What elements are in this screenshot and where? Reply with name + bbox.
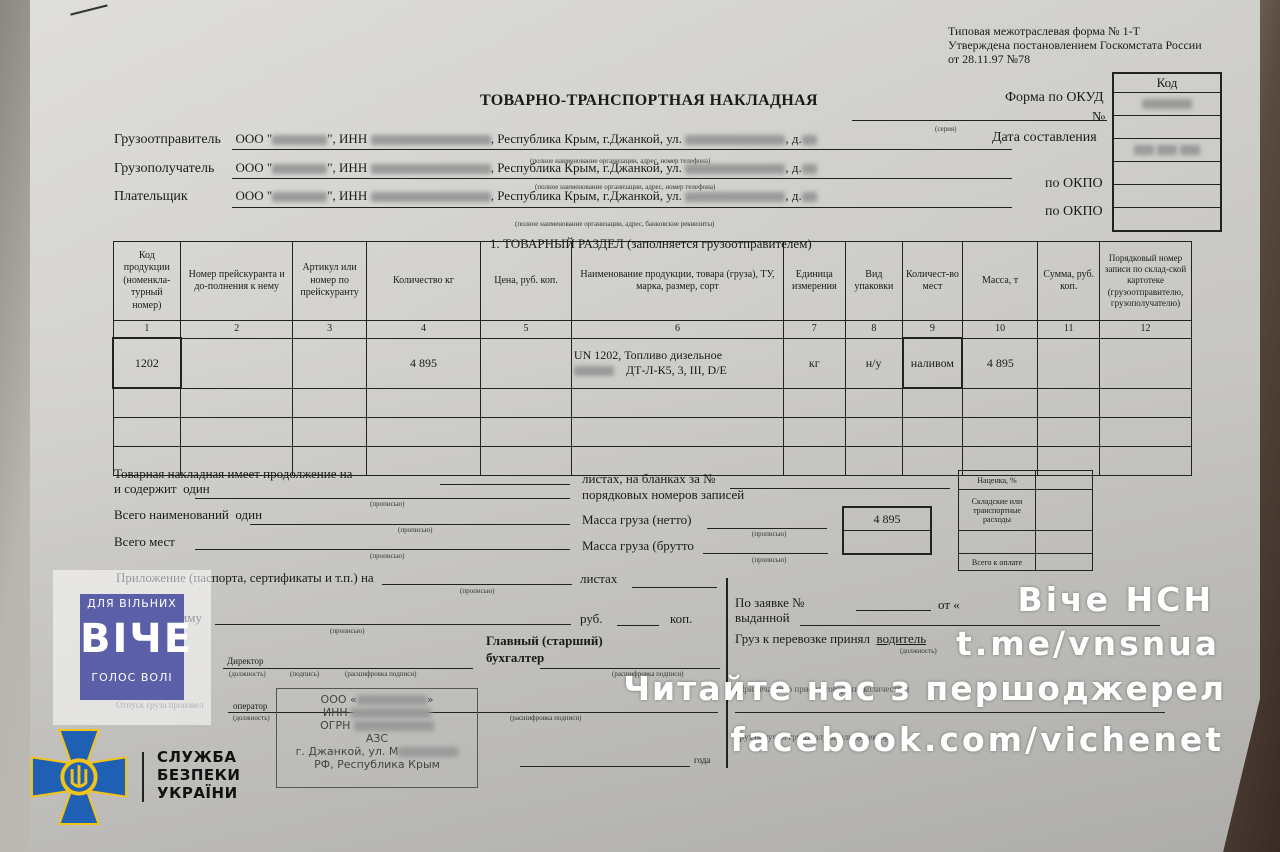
col-product-code: Код продукции (номенкла-турный номер) — [113, 242, 181, 321]
col-product-name: Наименование продукции, товара (груза), … — [571, 242, 783, 321]
shipper-label: Грузоотправитель — [114, 132, 232, 148]
viche-logo: ДЛЯ ВІЛЬНИХ ВІЧЕ ГОЛОС ВОЛІ — [80, 594, 184, 700]
shipper-inn: ", ИНН — [327, 131, 367, 146]
gross-mass-value — [844, 530, 930, 553]
sbu-name: СЛУЖБА БЕЗПЕКИ УКРАЇНИ — [157, 748, 240, 802]
sbu-line: БЕЗПЕКИ — [157, 766, 240, 784]
viche-logo-bottom: ГОЛОС ВОЛІ — [80, 671, 184, 684]
code-box: Код — [1112, 72, 1222, 232]
consignee-inn: ", ИНН — [327, 160, 367, 175]
col-mass: Масса, т — [962, 242, 1038, 321]
col-num: 8 — [845, 321, 903, 339]
markup-label: Наценка, % — [959, 471, 1036, 490]
net-mass-box: 4 895 — [842, 506, 932, 555]
by-request-label: По заявке № — [735, 595, 805, 611]
total-payable-label: Всего к оплате — [959, 554, 1036, 571]
party-consignee: Грузополучатель ООО "", ИНН , Республика… — [114, 160, 1014, 177]
payer-caption: (полное наименование организации, адрес,… — [515, 220, 714, 228]
decoding-caption: (расшифровка подписи) — [345, 670, 416, 678]
chief-accountant-label: Главный (старший) бухгалтер — [486, 632, 616, 666]
date-code — [1114, 138, 1220, 161]
accepted-value: водитель — [877, 631, 927, 646]
number-label: № — [1092, 110, 1105, 126]
cell-places: наливом — [903, 338, 963, 388]
table-row — [113, 418, 1192, 447]
year-label: года — [694, 755, 710, 765]
director-label: Директор — [227, 656, 264, 666]
in-words-caption: (прописью) — [752, 556, 786, 564]
consignee-house: , д. — [785, 160, 801, 175]
viche-logo-big: ВІЧЕ — [80, 610, 184, 668]
watermark-read-us: Читайте нас з першоджерел — [623, 669, 1226, 708]
contains-value: один — [183, 481, 210, 496]
col-num: 2 — [181, 321, 293, 339]
gross-mass-label: Масса груза (брутто — [582, 538, 694, 554]
cell-unit: кг — [783, 338, 845, 388]
cell-sum — [1038, 338, 1100, 388]
table-row — [113, 388, 1192, 418]
col-quantity: Количество кг — [366, 242, 480, 321]
col-article: Артикул или номер по прейскуранту — [293, 242, 367, 321]
okpo-label-payer: по ОКПО — [1045, 204, 1103, 220]
viche-logo-top: ДЛЯ ВІЛЬНИХ — [80, 597, 184, 610]
position-caption: (должность) — [900, 647, 937, 655]
in-words-caption: (прописью) — [370, 552, 404, 560]
table-row: 1202 4 895 UN 1202, Топливо дизельное ДТ… — [113, 338, 1192, 388]
consignee-label: Грузополучатель — [114, 161, 232, 177]
consignee-address: , Республика Крым, г.Джанкой, ул. — [491, 160, 682, 175]
watermark-telegram: t.me/vnsnua — [956, 624, 1220, 663]
payer-address: , Республика Крым, г.Джанкой, ул. — [491, 188, 682, 203]
operator-label: оператор — [233, 701, 267, 711]
col-num: 5 — [481, 321, 572, 339]
watermark-facebook: facebook.com/vichenet — [730, 720, 1224, 759]
record-numbers-label: порядковых номеров записей — [582, 487, 744, 503]
col-packaging: Вид упаковки — [845, 242, 903, 321]
cell-packaging: н/у — [845, 338, 903, 388]
position-caption: (должность) — [233, 714, 270, 722]
okud-code — [1114, 92, 1220, 115]
net-mass-value: 4 895 — [844, 508, 930, 530]
blank-code — [1114, 161, 1220, 184]
stamp-line: АЗС — [277, 732, 477, 745]
shipper-house: , д. — [785, 131, 801, 146]
col-num: 10 — [962, 321, 1038, 339]
col-num: 12 — [1100, 321, 1192, 339]
party-shipper: Грузоотправитель ООО "", ИНН , Республик… — [114, 131, 1014, 148]
okpo-label-consignee: по ОКПО — [1045, 176, 1103, 192]
col-places: Количест-во мест — [903, 242, 963, 321]
cell-mass: 4 895 — [962, 338, 1038, 388]
okud-label: Форма по ОКУД — [1005, 90, 1104, 106]
contains-label: и содержит — [114, 481, 177, 496]
cell-price-list — [181, 338, 293, 388]
product-name-line1: UN 1202, Топливо дизельное — [574, 348, 781, 363]
goods-number-row: 1 2 3 4 5 6 7 8 9 10 11 12 — [113, 321, 1192, 339]
col-num: 4 — [366, 321, 480, 339]
company-stamp: ООО «» ИНН ОГРН АЗС г. Джанкой, ул. М РФ… — [276, 688, 478, 788]
number-code — [1114, 115, 1220, 138]
cell-quantity: 4 895 — [366, 338, 480, 388]
cell-product-name: UN 1202, Топливо дизельное ДТ-Л-К5, 3, I… — [571, 338, 783, 388]
col-record-number: Порядковый номер записи по склад-ской ка… — [1100, 242, 1192, 321]
total-places-label: Всего мест — [114, 534, 175, 550]
accepted-label: Груз к перевозке принял — [735, 631, 870, 646]
sbu-divider — [142, 752, 144, 802]
col-num: 7 — [783, 321, 845, 339]
form-standard-note: Типовая межотраслевая форма № 1-Т Утверж… — [948, 24, 1202, 66]
issued-label: выданной — [735, 610, 790, 626]
cell-record-number — [1100, 338, 1192, 388]
okpo-code-1 — [1114, 184, 1220, 207]
col-num: 11 — [1038, 321, 1100, 339]
okpo-code-2 — [1114, 207, 1220, 230]
rub-label: руб. — [580, 611, 603, 627]
in-words-caption: (прописью) — [398, 526, 432, 534]
document-title: ТОВАРНО-ТРАНСПОРТНАЯ НАКЛАДНАЯ — [480, 92, 818, 110]
col-price-list: Номер прейскуранта и до-полнения к нему — [181, 242, 293, 321]
col-num: 6 — [571, 321, 783, 339]
sbu-emblem-icon — [30, 728, 128, 826]
payer-label: Плательщик — [114, 189, 232, 205]
stamp-line: ООО « — [321, 693, 357, 706]
watermark-viche-nsn: Віче НСН — [1018, 580, 1214, 619]
position-caption: (должность) — [229, 670, 266, 678]
net-mass-label: Масса груза (нетто) — [582, 512, 691, 528]
expenses-label: Складские или транспортные расходы — [959, 490, 1036, 531]
col-num: 3 — [293, 321, 367, 339]
payer-org: ООО " — [236, 188, 273, 203]
total-items-line: Всего наименований один — [114, 507, 262, 523]
goods-table: Код продукции (номенкла-турный номер) Но… — [112, 241, 1192, 476]
col-num: 9 — [903, 321, 963, 339]
signature-caption: (подпись) — [290, 670, 319, 678]
kop-label: коп. — [670, 611, 692, 627]
in-words-caption: (прописью) — [370, 500, 404, 508]
payer-house: , д. — [785, 188, 801, 203]
from-label: от « — [938, 597, 960, 613]
sbu-line: СЛУЖБА — [157, 748, 240, 766]
attachment-sheets-label: листах — [580, 571, 617, 587]
form-date-line: от 28.11.97 №78 — [948, 52, 1202, 66]
cell-price — [481, 338, 572, 388]
stamp-line: РФ, Республика Крым — [277, 758, 477, 771]
product-name-line2: ДТ-Л-К5, 3, III, D/E — [626, 363, 727, 377]
party-payer: Плательщик ООО "", ИНН , Республика Крым… — [114, 188, 1014, 205]
form-approval-line: Утверждена постановлением Госкомстата Ро… — [948, 38, 1202, 52]
in-words-caption: (прописью) — [460, 587, 494, 595]
col-price: Цена, руб. коп. — [481, 242, 572, 321]
cell-article — [293, 338, 367, 388]
accepted-line: Груз к перевозке принял водитель — [735, 631, 926, 647]
decoding-caption: (расшифровка подписи) — [510, 714, 581, 722]
col-num: 1 — [113, 321, 181, 339]
shipper-org: ООО " — [236, 131, 273, 146]
form-type-line: Типовая межотраслевая форма № 1-Т — [948, 24, 1202, 38]
contains-line: и содержит один — [114, 481, 210, 497]
sheets-blanks-label: листах, на бланках за № — [582, 471, 716, 487]
cell-code: 1202 — [113, 338, 181, 388]
in-words-caption: (прописью) — [330, 627, 364, 635]
shipper-address: , Республика Крым, г.Джанкой, ул. — [491, 131, 682, 146]
total-items-value: один — [235, 507, 262, 522]
col-sum: Сумма, руб. коп. — [1038, 242, 1100, 321]
total-items-label: Всего наименований — [114, 507, 229, 522]
sbu-line: УКРАЇНИ — [157, 784, 240, 802]
goods-header-row: Код продукции (номенкла-турный номер) Но… — [113, 242, 1192, 321]
consignee-org: ООО " — [236, 160, 273, 175]
stamp-line: ОГРН — [320, 719, 350, 732]
in-words-caption: (прописью) — [752, 530, 786, 538]
stamp-line: г. Джанкой, ул. М — [296, 745, 399, 758]
stamp-line: ИНН — [323, 706, 348, 719]
continuation-label: Товарная накладная имеет продолжение на — [114, 466, 352, 482]
col-unit: Единица измерения — [783, 242, 845, 321]
code-header: Код — [1114, 74, 1220, 92]
payer-inn: ", ИНН — [327, 188, 367, 203]
charges-table: Наценка, % Складские или транспортные ра… — [958, 470, 1093, 571]
